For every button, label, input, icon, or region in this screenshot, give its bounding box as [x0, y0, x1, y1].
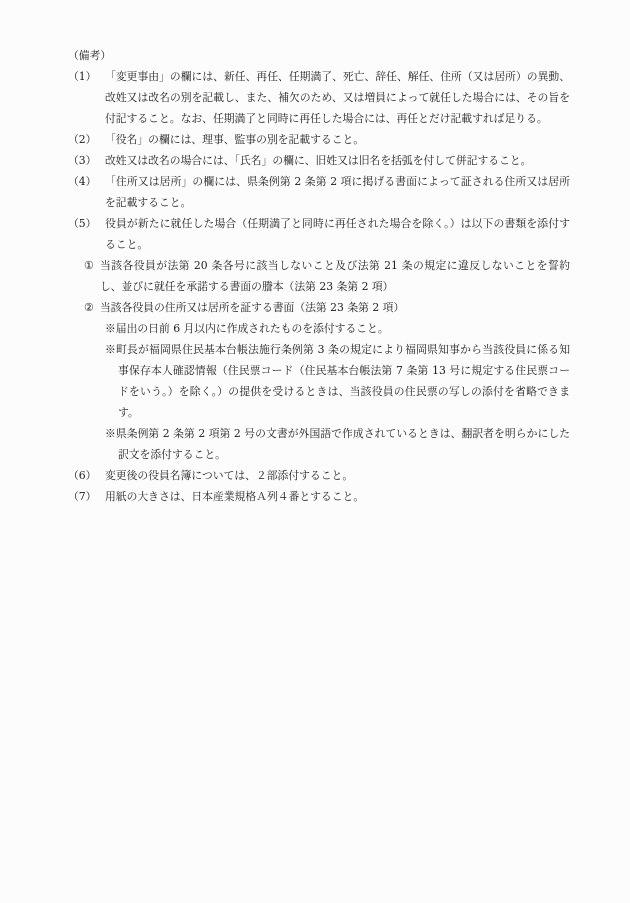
remark-item-3-text: 改姓又は改名の場合には、「氏名」の欄に、旧姓又は旧名を括弧を付して併記すること。 — [105, 150, 570, 171]
document-page: （備考） （1） 「変更事由」の欄には、新任、再任、任期満了、死亡、辞任、解任、… — [0, 0, 630, 903]
remark-item-6-text: 変更後の役員名簿については、２部添付すること。 — [105, 465, 570, 486]
attachment-subitem-2-text: 当該各役員の住所又は居所を証する書面（法第 23 条第 2 項） — [100, 297, 570, 318]
remark-item-2-label: （2） — [68, 129, 105, 150]
remark-item-2-text: 「役名」の欄には、理事、監事の別を記載すること。 — [105, 129, 570, 150]
remark-item-3-label: （3） — [68, 150, 105, 171]
attachment-subitem-1: ① 当該各役員が法第 20 条各号に該当しないこと及び法第 21 条の規定に違反… — [84, 255, 570, 297]
remark-item-5: （5） 役員が新たに就任した場合（任期満了と同時に再任された場合を除く。）は以下… — [68, 213, 570, 255]
remark-item-5-text: 役員が新たに就任した場合（任期満了と同時に再任された場合を除く。）は以下の書類を… — [105, 213, 570, 255]
remark-item-7-label: （7） — [68, 486, 105, 507]
remark-item-3: （3） 改姓又は改名の場合には、「氏名」の欄に、旧姓又は旧名を括弧を付して併記す… — [68, 150, 570, 171]
remark-item-1-text: 「変更事由」の欄には、新任、再任、任期満了、死亡、辞任、解任、住所（又は居所）の… — [105, 66, 570, 129]
remark-item-1: （1） 「変更事由」の欄には、新任、再任、任期満了、死亡、辞任、解任、住所（又は… — [68, 66, 570, 129]
remark-item-7: （7） 用紙の大きさは、日本産業規格Ａ列４番とすること。 — [68, 486, 570, 507]
remark-item-4-label: （4） — [68, 171, 105, 213]
kome-note-2: ※町長が福岡県住民基本台帳法施行条例第 3 条の規定により福岡県知事から当該役員… — [105, 339, 570, 423]
attachment-subitem-2: ② 当該各役員の住所又は居所を証する書面（法第 23 条第 2 項） — [84, 297, 570, 318]
remark-item-1-label: （1） — [68, 66, 105, 129]
remark-item-7-text: 用紙の大きさは、日本産業規格Ａ列４番とすること。 — [105, 486, 570, 507]
remark-item-2: （2） 「役名」の欄には、理事、監事の別を記載すること。 — [68, 129, 570, 150]
attachment-subitem-1-text: 当該各役員が法第 20 条各号に該当しないこと及び法第 21 条の規定に違反しな… — [100, 255, 570, 297]
attachment-subitem-1-number: ① — [84, 255, 100, 297]
remarks-header: （備考） — [68, 45, 570, 66]
remark-item-4: （4） 「住所又は居所」の欄には、県条例第 2 条第 2 項に掲げる書面によって… — [68, 171, 570, 213]
remark-item-4-text: 「住所又は居所」の欄には、県条例第 2 条第 2 項に掲げる書面によって証される… — [105, 171, 570, 213]
kome-note-1: ※届出の日前 6 月以内に作成されたものを添付すること。 — [105, 318, 570, 339]
remark-item-6: （6） 変更後の役員名簿については、２部添付すること。 — [68, 465, 570, 486]
attachment-subitem-2-number: ② — [84, 297, 100, 318]
remark-item-5-label: （5） — [68, 213, 105, 255]
kome-note-3: ※県条例第 2 条第 2 項第 2 号の文書が外国語で作成されているときは、翻訳… — [105, 423, 570, 465]
remarks-section: （備考） （1） 「変更事由」の欄には、新任、再任、任期満了、死亡、辞任、解任、… — [68, 45, 570, 507]
remark-item-6-label: （6） — [68, 465, 105, 486]
